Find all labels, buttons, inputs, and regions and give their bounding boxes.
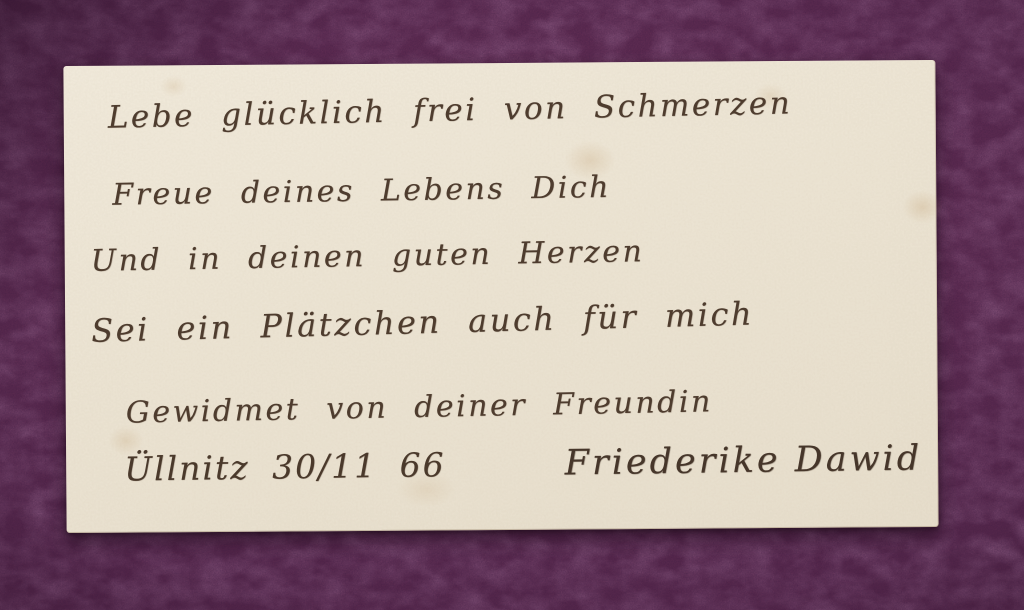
place-and-date: Üllnitz 30/11 66 (124, 445, 446, 488)
signature: Friederike Dawid (564, 438, 922, 483)
handwritten-card: Lebe glücklich frei von Schmerzen Freue … (63, 60, 938, 533)
photograph: Lebe glücklich frei von Schmerzen Freue … (0, 0, 1024, 610)
